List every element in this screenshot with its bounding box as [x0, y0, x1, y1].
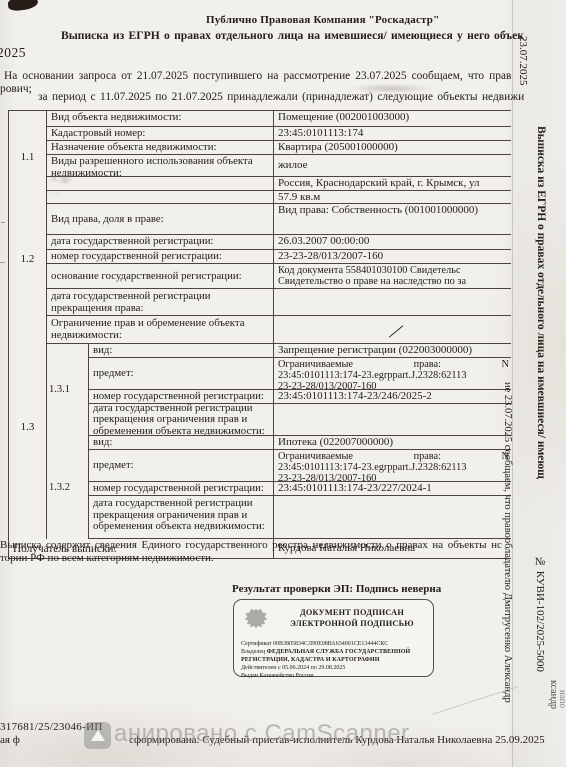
field-label: предмет:	[89, 358, 273, 389]
row-number: 1.3.1	[47, 344, 89, 436]
table-row: дата государственной регистрации прекращ…	[47, 289, 511, 316]
intro-name-fragment: рович;	[0, 83, 32, 95]
intro-line-2: за период с 11.07.2025 по 21.07.2025 при…	[38, 91, 524, 103]
table-row: номер государственной регистрации: 23:45…	[89, 482, 511, 496]
org-name: Публично Правовая Компания "Роскадастр"	[206, 14, 439, 26]
field-label: дата государственной регистрации:	[47, 235, 273, 249]
document-title: Выписка из ЕГРН о правах отдельного лица…	[61, 29, 524, 42]
coat-of-arms-icon	[241, 605, 271, 635]
field-value: Россия, Краснодарский край, г. Крымск, у…	[273, 177, 511, 190]
stamp-certificate: Сертификат 00B3805834CЛ90Е08ВА634001СЕ13…	[241, 641, 430, 649]
field-label: номер государственной регистрации:	[89, 482, 273, 495]
field-label: Ограничение прав и обременение объекта н…	[47, 316, 273, 343]
field-label: Кадастровый номер:	[47, 127, 273, 140]
subsection-1-3-1: 1.3.1 вид: Запрещение регистрации (02200…	[47, 344, 511, 436]
row-number: 1.3	[9, 316, 47, 539]
subsection-1-3-2: 1.3.2 вид: Ипотека (022007000000) предме…	[47, 436, 511, 539]
scan-corner-artifact	[7, 0, 38, 12]
summary-line-2: тории РФ по всем категориям недвижимости…	[0, 552, 214, 564]
table-row: предмет: Ограничиваемые права: N 23:45:0…	[89, 450, 511, 482]
field-label: дата государственной регистрации прекращ…	[47, 289, 273, 315]
formed-line-fragment: ая ф	[0, 734, 20, 746]
field-value-line: Код документа 558401030100 Свидетельс	[278, 265, 511, 276]
margin-text-fragment: напо	[558, 690, 566, 765]
field-value-empty	[273, 289, 511, 315]
field-value-part: права:	[414, 451, 441, 462]
section-1-3: 1.3 Ограничение прав и обременение объек…	[9, 316, 511, 539]
table-row: вид: Запрещение регистрации (02200300000…	[89, 344, 511, 358]
camscanner-triangle-icon	[91, 730, 105, 741]
table-row: Россия, Краснодарский край, г. Крымск, у…	[47, 177, 511, 191]
table-row: 57.9 кв.м	[47, 191, 511, 204]
field-value-part: права:	[414, 359, 441, 370]
field-value: Запрещение регистрации (022003000000)	[273, 344, 511, 357]
table-row: дата государственной регистрации прекращ…	[89, 496, 511, 539]
scan-noise	[0, 262, 5, 263]
field-value-line: 23:45:0101113:174-23.egrppart.J.2328:621…	[278, 370, 511, 381]
erased-label-smudge: А др.	[50, 173, 110, 184]
document-scan: Публично Правовая Компания "Роскадастр" …	[0, 0, 566, 767]
field-value-empty	[273, 496, 511, 538]
field-value-line: 23:45:0101113:174-23.egrppart.J.2328:621…	[278, 462, 511, 473]
field-label: предмет:	[89, 450, 273, 481]
table-row: номер государственной регистрации: 23:45…	[89, 390, 511, 404]
stamp-details: Сертификат 00B3805834CЛ90Е08ВА634001СЕ13…	[241, 641, 430, 681]
stamp-title-line: ДОКУМЕНТ ПОДПИСАН	[274, 608, 430, 619]
field-value-empty	[273, 404, 511, 435]
field-value: 57.9 кв.м	[273, 191, 511, 203]
field-label: дата государственной регистрации прекращ…	[89, 496, 273, 538]
intro-line-1: На основании запроса от 21.07.2025 посту…	[4, 70, 511, 82]
field-value-empty	[273, 316, 511, 343]
stamp-owner-name: ФЕДЕРАЛЬНАЯ СЛУЖБА ГОСУДАРСТВЕННОЙ	[267, 649, 411, 655]
margin-kuvi-number-vertical: № КУВИ-102/2025-5000	[534, 556, 546, 766]
stamp-title: ДОКУМЕНТ ПОДПИСАН ЭЛЕКТРОННОЙ ПОДПИСЬЮ	[274, 608, 430, 630]
field-value: Помещение (002001003000)	[273, 111, 511, 126]
stamp-issuer: Выдан Казначейство России	[241, 673, 430, 681]
digital-signature-stamp: ДОКУМЕНТ ПОДПИСАН ЭЛЕКТРОННОЙ ПОДПИСЬЮ С…	[233, 599, 434, 677]
table-row: предмет: Ограничиваемые права: N 23:45:0…	[89, 358, 511, 390]
field-label: Назначение объекта недвижимости:	[47, 141, 273, 154]
table-row: основание государственной регистрации: К…	[47, 264, 511, 289]
table-row: дата государственной регистрации: 26.03.…	[47, 235, 511, 250]
field-value: Код документа 558401030100 Свидетельс Св…	[273, 264, 511, 288]
table-row: дата государственной регистрации прекращ…	[89, 404, 511, 436]
summary-line-1: Выписка содержит сведения Единого госуда…	[0, 539, 502, 551]
field-value: 26.03.2007 00:00:00	[273, 235, 511, 249]
field-label: Вид объекта недвижимости:	[47, 111, 273, 126]
table-row: Ограничение прав и обременение объекта н…	[47, 316, 511, 344]
table-row: Вид объекта недвижимости: Помещение (002…	[47, 111, 511, 127]
scan-noise	[1, 222, 5, 223]
table-row: номер государственной регистрации: 23-23…	[47, 250, 511, 264]
signature-check-result: Результат проверки ЭП: Подпись неверна	[232, 583, 441, 595]
margin-notice-vertical: ие 23.07.2025 сообщаем, что правообладат…	[502, 382, 513, 764]
field-value: 23:45:0101113:174-23/227/2024-1	[273, 482, 511, 495]
field-value-line: Свидетельство о праве на наследство по з…	[278, 276, 511, 287]
stamp-owner-name: РЕГИСТРАЦИИ, КАДАСТРА И КАРТОГРАФИИ	[241, 657, 379, 663]
field-label: номер государственной регистрации:	[89, 390, 273, 403]
table-row: Виды разрешенного использования объекта …	[47, 155, 511, 177]
field-label: вид:	[89, 436, 273, 449]
erased-label-smudge: -. ..:	[46, 187, 116, 197]
field-label: номер государственной регистрации:	[47, 250, 273, 263]
field-label: основание государственной регистрации:	[47, 264, 273, 288]
field-value-part: Ограничиваемые	[278, 451, 353, 462]
field-value: Ипотека (022007000000)	[273, 436, 511, 449]
field-value-line: 23-23-28/013/2007-160	[278, 473, 511, 481]
field-label: вид:	[89, 344, 273, 357]
field-value: 23:45:0101113:174	[273, 127, 511, 140]
field-value: Вид права: Собственность (001001000000)	[273, 204, 511, 234]
section-1-2: 1.2 Вид права, доля в праве: Вид права: …	[9, 204, 511, 316]
erased-text-smudge	[348, 84, 434, 93]
table-row: Кадастровый номер: 23:45:0101113:174	[47, 127, 511, 141]
row-number: 1.1	[9, 111, 47, 204]
field-label: дата государственной регистрации прекращ…	[89, 404, 273, 435]
field-value: жилое	[273, 155, 511, 176]
camscanner-logo-icon	[84, 722, 111, 749]
field-value: Ограничиваемые права: N 23:45:0101113:17…	[273, 358, 511, 389]
field-value-part: Ограничиваемые	[278, 359, 353, 370]
stamp-title-line: ЭЛЕКТРОННОЙ ПОДПИСЬЮ	[274, 619, 430, 630]
stamp-owner-label: Владелец	[241, 649, 267, 655]
cutoff-year-fragment: 2025	[0, 45, 26, 61]
stamp-validity: Действителен с 05.06.2024 по 29.08.2025	[241, 665, 430, 673]
row-number: 1.2	[9, 204, 47, 316]
table-row: вид: Ипотека (022007000000)	[89, 436, 511, 450]
table-row: Назначение объекта недвижимости: Квартир…	[47, 141, 511, 155]
stamp-owner-line: Владелец ФЕДЕРАЛЬНАЯ СЛУЖБА ГОСУДАРСТВЕН…	[241, 649, 430, 657]
table-row: Вид права, доля в праве: Вид права: Собс…	[47, 204, 511, 235]
field-value: Квартира (205001000000)	[273, 141, 511, 154]
field-value-line: Ограничиваемые права: N	[278, 451, 511, 462]
margin-date-vertical: 23.07.2025	[517, 36, 529, 106]
stamp-owner-line: РЕГИСТРАЦИИ, КАДАСТРА И КАРТОГРАФИИ	[241, 657, 430, 665]
field-value: 23:45:0101113:174-23/246/2025-2	[273, 390, 511, 403]
field-label: Вид права, доля в праве:	[47, 204, 273, 234]
field-value-line: 23-23-28/013/2007-160	[278, 381, 511, 389]
field-value: 23-23-28/013/2007-160	[273, 250, 511, 263]
field-value-part: N	[502, 359, 509, 370]
field-value-line: Ограничиваемые права: N	[278, 359, 511, 370]
camscanner-watermark: анировано с CamScanner	[114, 720, 410, 748]
row-number: 1.3.2	[47, 436, 89, 539]
field-value: Ограничиваемые права: N 23:45:0101113:17…	[273, 450, 511, 481]
